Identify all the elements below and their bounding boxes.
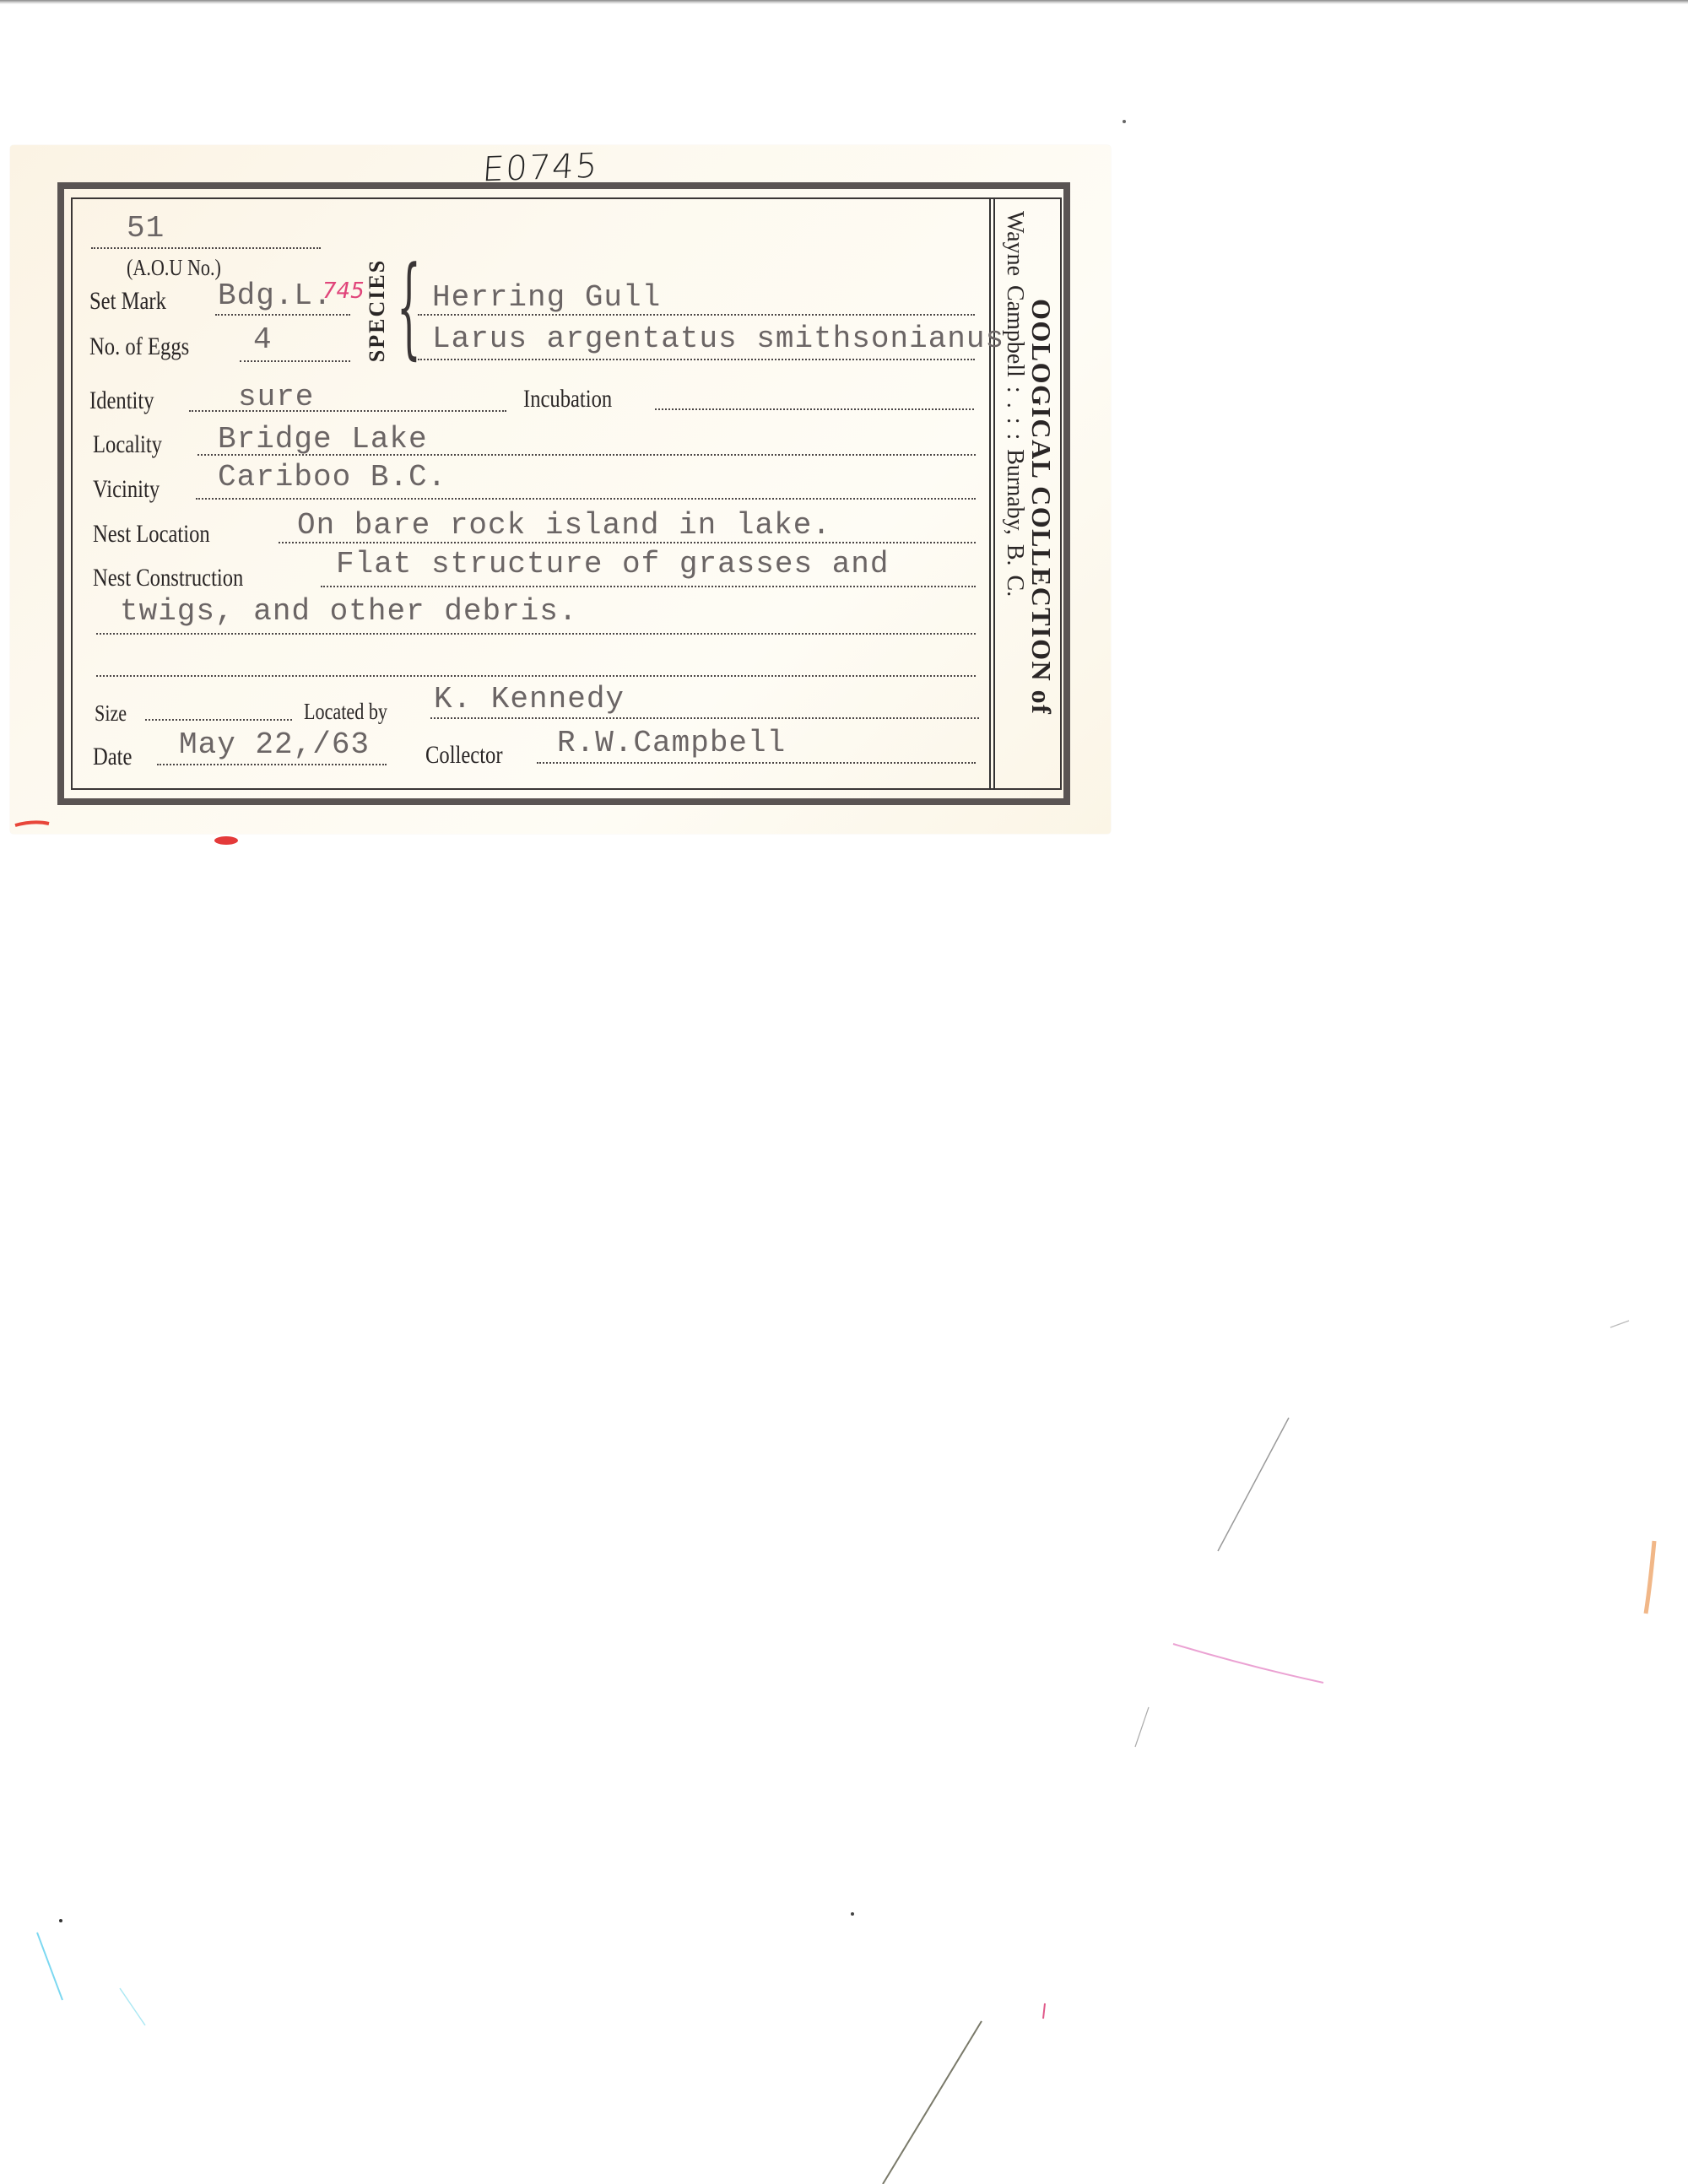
scan-marks bbox=[0, 0, 1688, 2184]
